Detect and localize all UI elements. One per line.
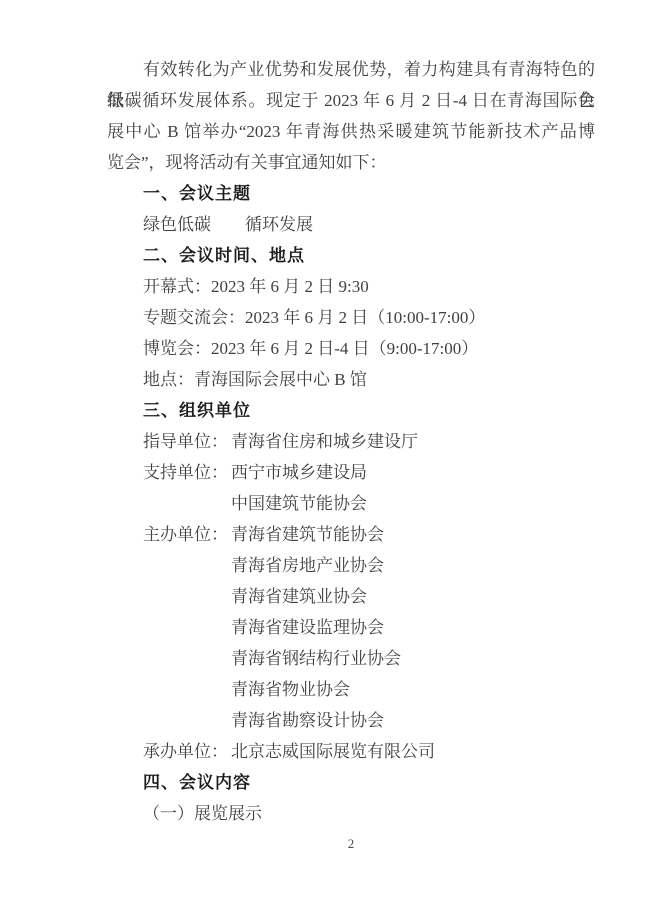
document-content: 有效转化为产业优势和发展优势，着力构建具有青海特色的绿色 低碳循环发展体系。现定… (107, 54, 595, 829)
org-values: 青海省住房和城乡建设厅 (231, 426, 418, 457)
org-label: 支持单位： (143, 457, 231, 488)
section-heading-organizers: 三、组织单位 (107, 395, 595, 426)
section-heading-time-place: 二、会议时间、地点 (107, 240, 595, 271)
intro-line-2: 低碳循环发展体系。现定于 2023 年 6 月 2 日-4 日在青海国际会 (107, 85, 595, 116)
org-value: 北京志威国际展览有限公司 (231, 736, 435, 767)
org-values: 西宁市城乡建设局 中国建筑节能协会 (231, 457, 367, 519)
org-value: 青海省建筑业协会 (231, 581, 401, 612)
expo-line: 博览会：2023 年 6 月 2 日-4 日（9:00-17:00） (107, 333, 595, 364)
org-value: 青海省物业协会 (231, 674, 401, 705)
org-value: 西宁市城乡建设局 (231, 457, 367, 488)
org-values: 青海省建筑节能协会 青海省房地产业协会 青海省建筑业协会 青海省建设监理协会 青… (231, 519, 401, 736)
org-label: 承办单位： (143, 736, 231, 767)
org-value: 青海省建设监理协会 (231, 612, 401, 643)
org-value: 青海省建筑节能协会 (231, 519, 401, 550)
seminar-line: 专题交流会：2023 年 6 月 2 日（10:00-17:00） (107, 302, 595, 333)
subsection-exhibition: （一）展览展示 (107, 798, 595, 829)
location-line: 地点：青海国际会展中心 B 馆 (107, 364, 595, 395)
org-row-guidance: 指导单位： 青海省住房和城乡建设厅 (107, 426, 595, 457)
intro-line-4: 览会”，现将活动有关事宜通知如下： (107, 147, 595, 178)
org-row-host: 主办单位： 青海省建筑节能协会 青海省房地产业协会 青海省建筑业协会 青海省建设… (107, 519, 595, 736)
intro-line-1: 有效转化为产业优势和发展优势，着力构建具有青海特色的绿色 (107, 54, 595, 85)
section-heading-content: 四、会议内容 (107, 767, 595, 798)
org-row-undertaker: 承办单位： 北京志威国际展览有限公司 (107, 736, 595, 767)
theme-line: 绿色低碳 循环发展 (107, 209, 595, 240)
section-heading-theme: 一、会议主题 (107, 178, 595, 209)
org-row-support: 支持单位： 西宁市城乡建设局 中国建筑节能协会 (107, 457, 595, 519)
org-label: 指导单位： (143, 426, 231, 457)
document-page: 有效转化为产业优势和发展优势，着力构建具有青海特色的绿色 低碳循环发展体系。现定… (0, 0, 647, 900)
opening-ceremony-line: 开幕式：2023 年 6 月 2 日 9:30 (107, 271, 595, 302)
page-number: 2 (107, 834, 595, 854)
intro-line-3: 展中心 B 馆举办“2023 年青海供热采暖建筑节能新技术产品博 (107, 116, 595, 147)
org-values: 北京志威国际展览有限公司 (231, 736, 435, 767)
org-value: 青海省住房和城乡建设厅 (231, 426, 418, 457)
org-label: 主办单位： (143, 519, 231, 550)
org-value: 青海省勘察设计协会 (231, 705, 401, 736)
org-value: 青海省房地产业协会 (231, 550, 401, 581)
org-value: 青海省钢结构行业协会 (231, 643, 401, 674)
org-value: 中国建筑节能协会 (231, 488, 367, 519)
